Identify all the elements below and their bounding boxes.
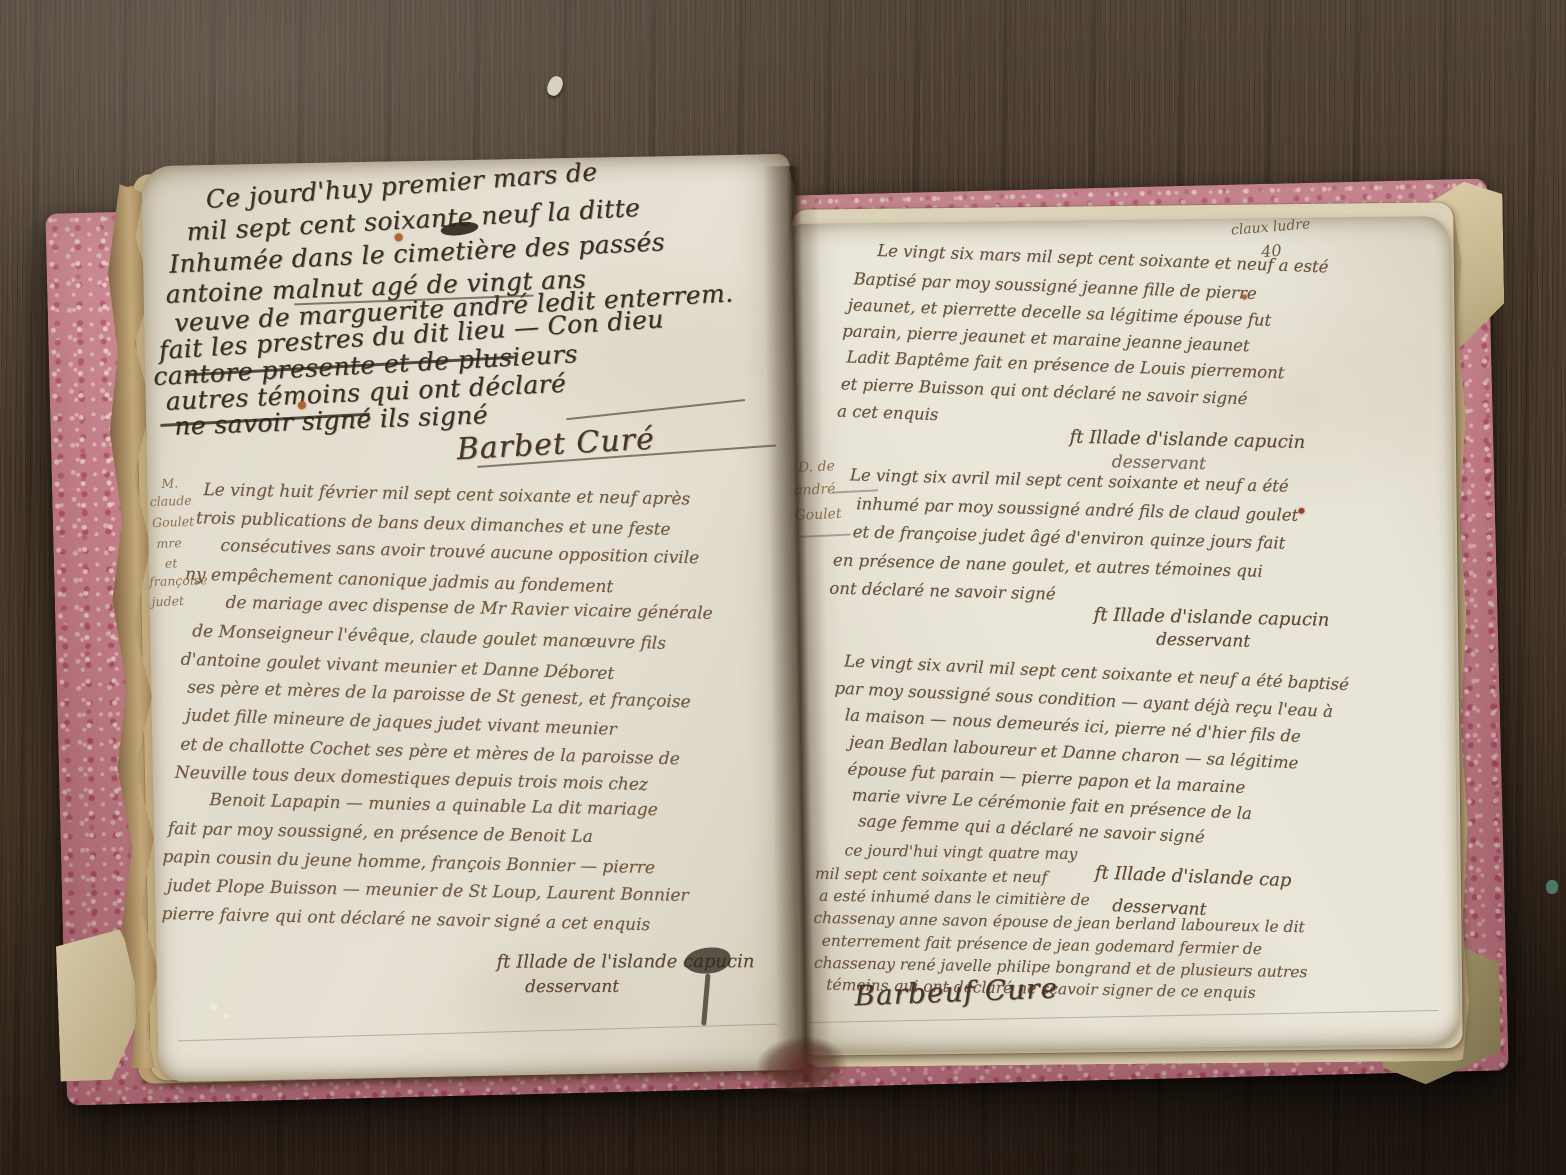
body-line: consécutives sans avoir trouvé aucune op… [220,536,699,569]
margin-underline [832,489,878,493]
margin-note-line: et [165,555,178,570]
paper-speck [224,1013,230,1019]
entry-line: enterrement fait présence de jean godema… [822,932,1263,958]
right-page: claux ludre 40 Le vingt six mars mil sep… [789,216,1459,1052]
entry-line: ont déclaré ne savoir signé [829,579,1056,604]
margin-note-line: Goulet [794,506,842,524]
body-line: Le vingt huit février mil sept cent soix… [203,480,690,509]
ink-drip [701,974,710,1026]
margin-note-line: mre [156,535,182,551]
body-line: judet Plope Buisson — meunier de St Loup… [167,876,689,906]
margin-note-line: judet [151,593,184,609]
spine-fold [755,1034,849,1095]
ink-flourish-line [566,399,745,420]
rust-stain [1298,508,1304,514]
margin-note-line: andré [794,481,836,499]
body-line: de mariage avec dispense de Mr Ravier vi… [225,593,713,624]
body-line: pierre faivre qui ont déclaré ne savoir … [161,904,650,935]
body-line: Benoit Lapapin — munies a quinable La di… [209,790,658,820]
body-line: judet fille mineure de jaques judet viva… [185,706,616,740]
margin-note-line: M. [161,475,178,491]
photo-parish-register-on-table: Ce jourd'huy premier mars de mil sept ce… [0,0,1566,1175]
entry-line: mil sept cent soixante et neuf [815,865,1048,887]
signature-line: desservant [1112,896,1207,920]
entry-line: Le vingt six avril mil sept cent soixant… [850,465,1289,495]
margin-note-line: D. de [798,458,836,476]
page-crease [809,1010,1439,1023]
body-line: papin cousin du jeune homme, françois Bo… [162,847,655,878]
entry-line: en présence de nane goulet, et autres té… [833,551,1263,581]
signature-line: desservant [1156,630,1251,652]
margin-underline [799,534,851,538]
paper-speck [545,74,565,98]
left-page: Ce jourd'huy premier mars de mil sept ce… [141,154,806,1082]
body-line: trois publications de bans deux dimanche… [196,508,671,540]
corner-note: claux ludre [1230,216,1311,238]
teal-speck [1546,880,1558,894]
rust-stain [1242,294,1247,299]
priest-signature: Barbeuf Cure [854,972,1059,1013]
margin-note-line: Goulet [152,514,195,531]
page-crease [178,1024,778,1042]
body-line: fait par moy soussigné, en présence de B… [168,819,593,847]
entry-line: inhumé par moy soussigné andré fils de c… [856,494,1298,525]
body-line: de Monseigneur l'évêque, claude goulet m… [192,621,666,653]
entry-line: et de françoise judet âgé d'environ quin… [852,522,1285,552]
signature-line: ft Illade d'islande capucin [1069,427,1305,453]
entry-line: a esté inhumé dans le cimitière de [819,887,1090,909]
entry-line: a cet enquis [837,401,939,424]
margin-note-line: claude [149,493,191,510]
entry-line: ce jourd'hui vingt quatre may [844,841,1077,863]
signature-line: ft Illade d'islande capucin [1094,604,1330,630]
signature-line: desservant [1112,452,1207,474]
signature-line: desservant [525,977,619,997]
signature-line: ft Illade d'islande cap [1094,862,1291,891]
paper-speck [209,1003,217,1010]
